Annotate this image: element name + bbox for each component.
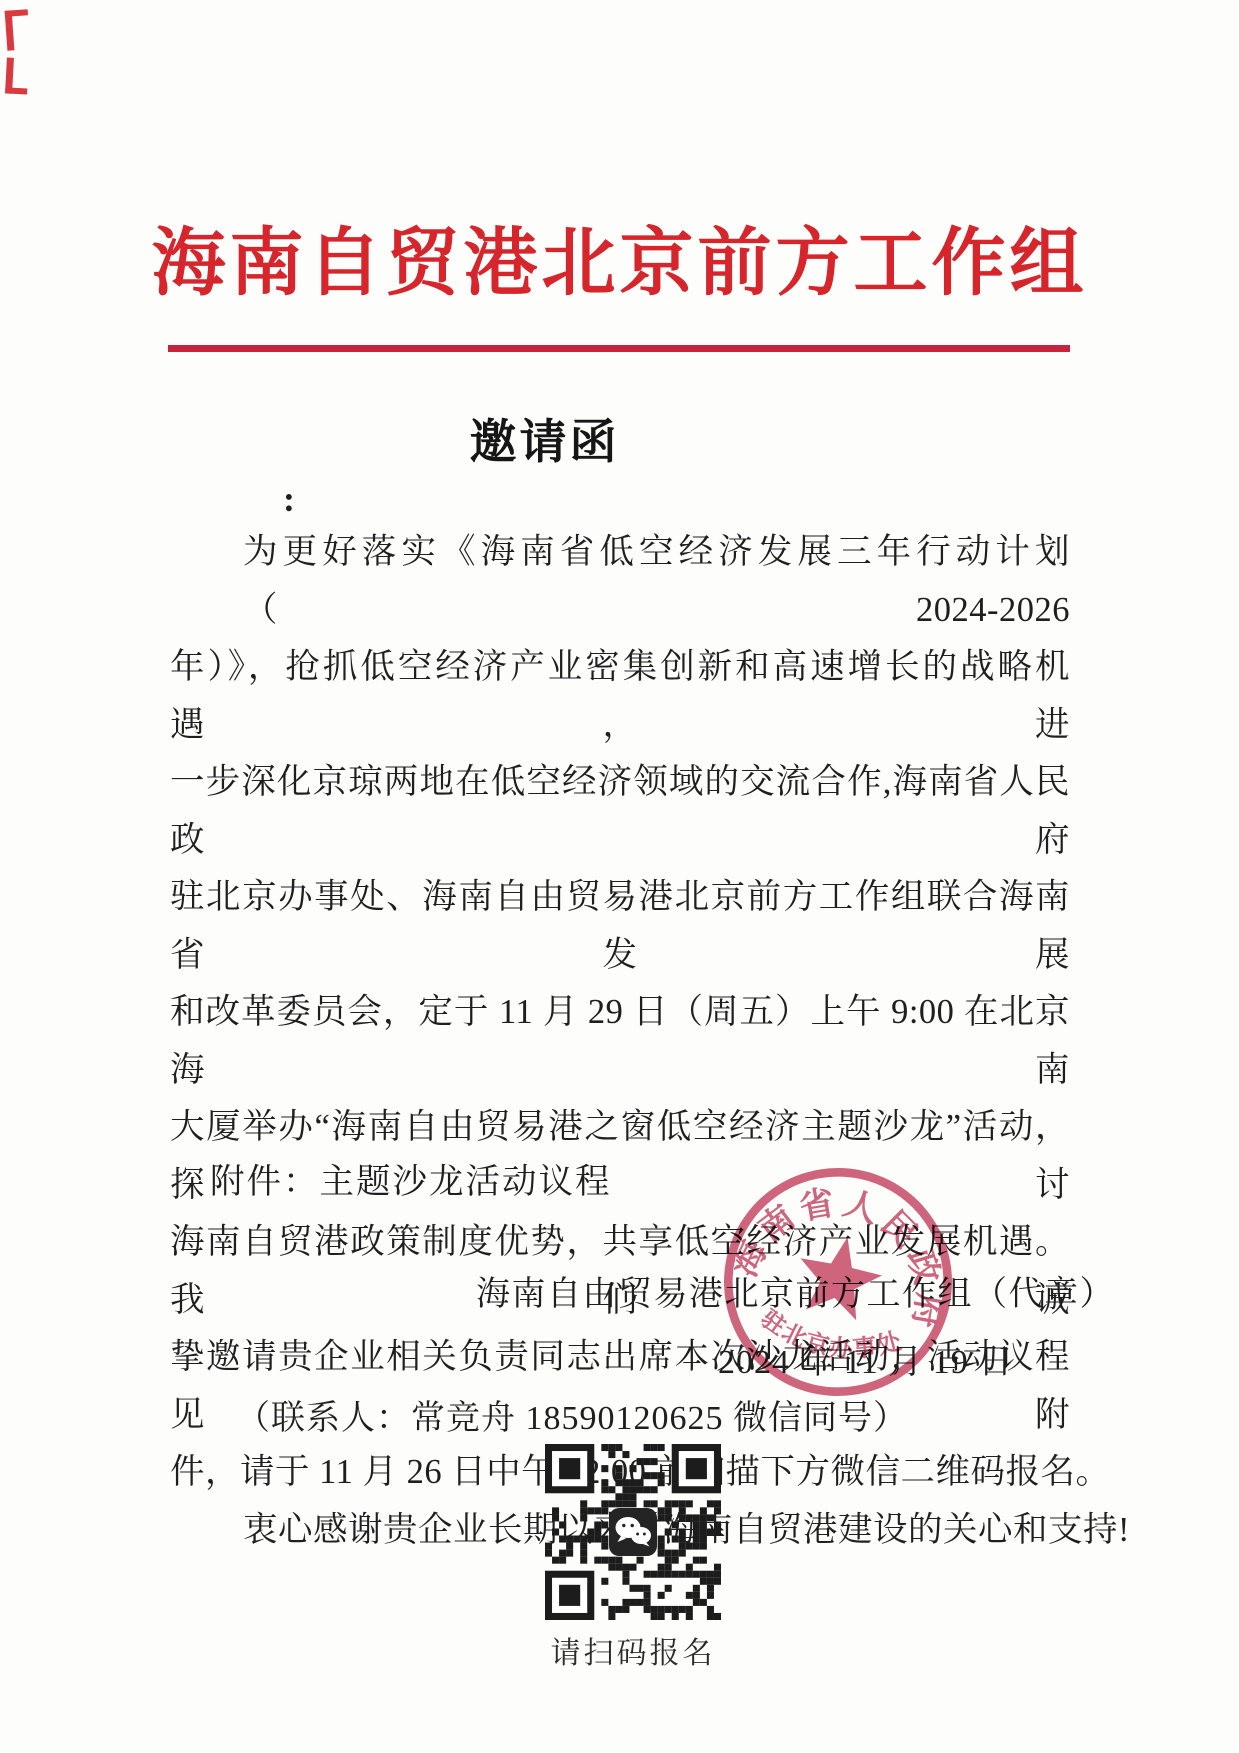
body-line: 一步深化京琼两地在低空经济领域的交流合作,海南省人民政府 [170,754,1070,869]
date-line: 2024 年 11 月 19 日 [718,1334,1013,1383]
body-line: 驻北京办事处、海南自由贸易港北京前方工作组联合海南省发展 [170,869,1070,984]
document-title: 邀请函 [0,405,1089,472]
scanned-letter-page: 海南自贸港北京前方工作组 邀请函 : 为更好落实《海南省低空经济发展三年行动计划… [0,0,1239,1753]
wechat-icon [609,1508,657,1556]
body-line: 为更好落实《海南省低空经济发展三年行动计划（2024-2026 [170,524,1070,639]
body-line: 和改革委员会，定于 11 月 29 日（周五）上午 9:00 在北京海南 [170,984,1070,1099]
contact-line: （联系人：常竞舟 18590120625 微信同号） [236,1390,908,1439]
attachment-line: 附件：主题沙龙活动议程 [210,1153,612,1203]
scan-artifact-icon [5,57,29,94]
signature-line: 海南自由贸易港北京前方工作组（代章） [476,1266,1115,1315]
qr-caption: 请扫码报名 [545,1628,721,1672]
salutation-colon: : [283,478,295,520]
letterhead-rule [168,345,1070,352]
body-line: 年）》，抢抓低空经济产业密集创新和高速增长的战略机遇，进 [170,639,1070,754]
scan-artifact-icon [5,9,31,51]
wechat-qr-code [545,1444,721,1620]
letterhead-title: 海南自贸港北京前方工作组 [0,222,1239,307]
